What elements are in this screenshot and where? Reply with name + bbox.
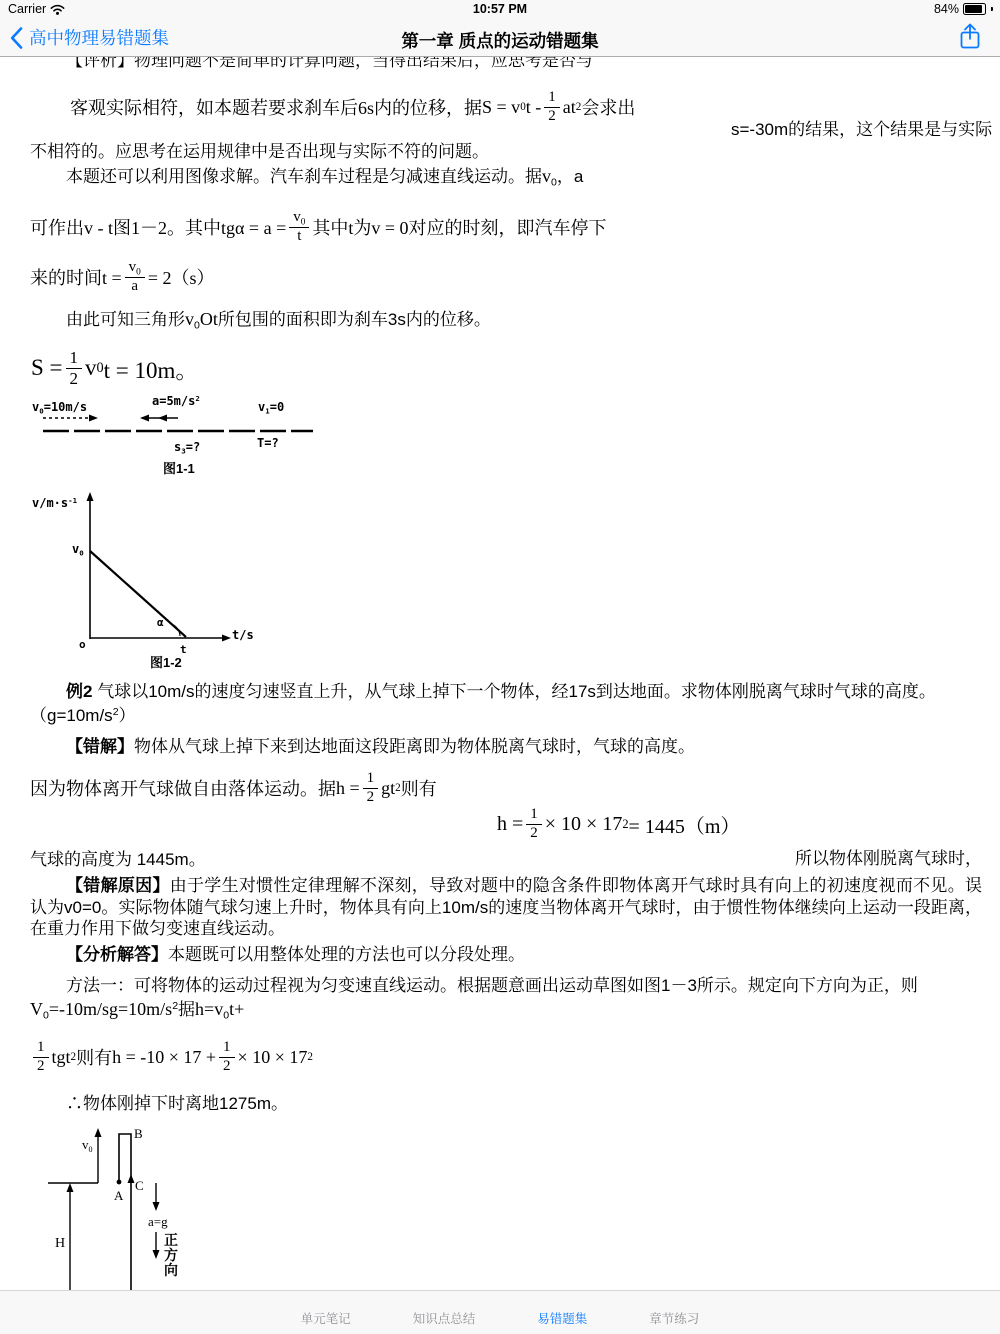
method-line: 方法一：可将物体的运动过程视为匀变速直线运动。根据题意画出运动草图如图1－3所示… bbox=[66, 975, 918, 996]
nav-bar: 高中物理易错题集 第一章 质点的运动错题集 bbox=[0, 20, 1000, 56]
status-bar: Carrier 10:57 PM 84% bbox=[0, 0, 1000, 20]
conclusion-line: ∴物体刚掉下时离地1275m。 bbox=[66, 1093, 288, 1114]
free-fall-line: 因为物体离开气球做自由落体运动。据h = 12gt2则有 bbox=[30, 766, 437, 810]
wrong-reason-paragraph: 【错解原因】由于学生对惯性定律理解不深刻，导致对题中的隐含条件即物体离开气球时具… bbox=[30, 875, 982, 940]
C-arrow-head bbox=[128, 1174, 135, 1183]
wifi-icon bbox=[50, 4, 65, 15]
time-label: T=? bbox=[257, 437, 279, 449]
example-2-label: 例2 bbox=[66, 682, 92, 701]
back-label: 高中物理易错题集 bbox=[29, 25, 169, 50]
x-axis-label: t/s bbox=[232, 629, 254, 641]
acceleration-label: a=5m/s2 bbox=[152, 395, 200, 407]
positive-direction-label: 正方向 bbox=[164, 1233, 180, 1278]
a-arrow-head-2 bbox=[158, 415, 167, 422]
x-axis-arrow bbox=[222, 635, 231, 642]
method-formula: 12tgt2则有h = -10 × 17 + 12 × 10 × 172 bbox=[30, 1035, 313, 1079]
fraction: 12 bbox=[66, 349, 83, 388]
fraction: 12 bbox=[219, 1040, 235, 1075]
chevron-left-icon bbox=[10, 27, 23, 49]
page-title: 第一章 质点的运动错题集 bbox=[401, 28, 598, 53]
analysis-label: 【分析解答】 bbox=[66, 945, 168, 964]
H-arrow-head bbox=[67, 1183, 74, 1192]
fraction: v0t bbox=[289, 210, 309, 245]
g-arrow-head-2 bbox=[153, 1250, 160, 1259]
v0-arrow-head bbox=[89, 415, 98, 422]
v1-label: v1=0 bbox=[258, 401, 284, 413]
point-B-label: B bbox=[134, 1127, 143, 1140]
example-2-line: 例2 气球以10m/s的速度匀速竖直上升，从气球上掉下一个物体，经17s到达地面… bbox=[66, 681, 936, 702]
tube-path bbox=[119, 1134, 131, 1290]
doc-line-clipped: 【评析】物理问题不是简单的计算问题，当得出结果后，应思考是否与 bbox=[66, 57, 593, 71]
fraction: 12 bbox=[544, 90, 560, 125]
tab-error-collection[interactable]: 易错题集 bbox=[537, 1309, 587, 1327]
doc-line-triangle: 由此可知三角形v0Ot所包围的面积即为刹车3s内的位移。 bbox=[66, 308, 491, 331]
object-dot bbox=[117, 1180, 122, 1185]
figure-1-2: v/m·s-1 v0 o α t t/s 图1-2 bbox=[30, 489, 290, 671]
doc-line-tg-alpha: 可作出v - t图1－2。其中tgα = a = v0t其中t为v = 0对应的… bbox=[30, 205, 607, 249]
fraction: 12 bbox=[363, 771, 379, 806]
battery-tip bbox=[991, 7, 993, 11]
figure-1-3-drawing bbox=[45, 1125, 235, 1290]
alpha-label: α bbox=[157, 617, 164, 628]
t-intercept-label: t bbox=[180, 644, 187, 655]
battery-icon bbox=[963, 3, 986, 15]
formula-displacement: S = 12v0t = 10m。 bbox=[31, 342, 198, 394]
tab-bar: 单元笔记 知识点总结 易错题集 章节练习 bbox=[0, 1290, 1000, 1334]
back-button[interactable]: 高中物理易错题集 bbox=[10, 25, 169, 50]
figure-1-1: v0=10m/s a=5m/s2 v1=0 s3=? T=? 图1-1 bbox=[30, 395, 320, 481]
document-content[interactable]: 【评析】物理问题不是简单的计算问题，当得出结果后，应思考是否与 客观实际相符，如… bbox=[0, 57, 1000, 1290]
battery-percent: 84% bbox=[934, 2, 959, 16]
wrong-reason-label: 【错解原因】 bbox=[66, 876, 170, 895]
status-right: 84% bbox=[934, 2, 993, 16]
doc-line-formula-s: 客观实际相符，如本题若要求刹车后6s内的位移，据S = v0t - 12at2会… bbox=[70, 85, 635, 129]
origin-label: o bbox=[79, 639, 86, 650]
status-left: Carrier bbox=[8, 2, 65, 16]
figure-1-3: B v0 A C a=g H 正方向 bbox=[45, 1125, 235, 1290]
tab-knowledge-summary[interactable]: 知识点总结 bbox=[413, 1309, 476, 1327]
status-time: 10:57 PM bbox=[473, 2, 527, 16]
figure-1-2-drawing bbox=[30, 489, 290, 671]
wrong-answer-line: 【错解】物体从气球上掉下来到达地面这段距离即为物体脱离气球时，气球的高度。 bbox=[66, 736, 695, 757]
wrong-answer-label: 【错解】 bbox=[66, 737, 134, 756]
height-formula: h = 12 × 10 × 172 = 1445（m） bbox=[497, 802, 740, 846]
share-icon bbox=[957, 22, 983, 53]
a-equals-g-label: a=g bbox=[148, 1215, 168, 1228]
top-chrome: Carrier 10:57 PM 84% 高中物理易错题集 bbox=[0, 0, 1000, 57]
s3-label: s3=? bbox=[174, 441, 200, 453]
screen: Carrier 10:57 PM 84% 高中物理易错题集 bbox=[0, 0, 1000, 1334]
y-axis-arrow bbox=[87, 492, 94, 501]
gravity-note: （g=10m/s2） bbox=[30, 705, 136, 726]
so-line: 所以物体刚脱离气球时， bbox=[795, 848, 982, 869]
carrier-label: Carrier bbox=[8, 2, 46, 16]
fraction: 12 bbox=[526, 807, 542, 842]
point-A-label: A bbox=[114, 1189, 123, 1202]
H-label: H bbox=[55, 1237, 65, 1251]
v0-axis-label: v0 bbox=[72, 543, 84, 555]
g-arrow-head-1 bbox=[153, 1202, 160, 1211]
figure-1-2-caption: 图1-2 bbox=[150, 656, 182, 669]
tab-unit-notes[interactable]: 单元笔记 bbox=[301, 1309, 351, 1327]
point-C-label: C bbox=[135, 1179, 144, 1192]
v0-label: v0 bbox=[82, 1138, 93, 1151]
figure-1-1-caption: 图1-1 bbox=[163, 462, 195, 475]
analysis-line: 【分析解答】本题既可以用整体处理的方法也可以分段处理。 bbox=[66, 944, 525, 965]
tab-chapter-exercises[interactable]: 章节练习 bbox=[649, 1309, 699, 1327]
share-button[interactable] bbox=[957, 22, 983, 56]
doc-line: 不相符的。应思考在运用规律中是否出现与实际不符的问题。 bbox=[30, 141, 489, 162]
initial-values-line: V0=-10m/sg=10m/s2据h=v0t+ bbox=[30, 998, 244, 1021]
a-arrow-head-1 bbox=[140, 415, 149, 422]
height-line: 气球的高度为 1445m。 bbox=[30, 849, 206, 870]
doc-line-time: 来的时间t = v0a = 2（s） bbox=[30, 255, 214, 299]
doc-line-side-result: s=-30m的结果，这个结果是与实际 bbox=[731, 119, 992, 140]
doc-line: 本题还可以利用图像求解。汽车刹车过程是匀减速直线运动。据v0，a bbox=[66, 165, 583, 188]
y-axis-label: v/m·s-1 bbox=[32, 497, 77, 509]
fraction: 12 bbox=[33, 1040, 49, 1075]
fraction: v0a bbox=[125, 260, 145, 295]
v0-arrow-head bbox=[95, 1128, 102, 1137]
v0-label: v0=10m/s bbox=[32, 401, 87, 413]
